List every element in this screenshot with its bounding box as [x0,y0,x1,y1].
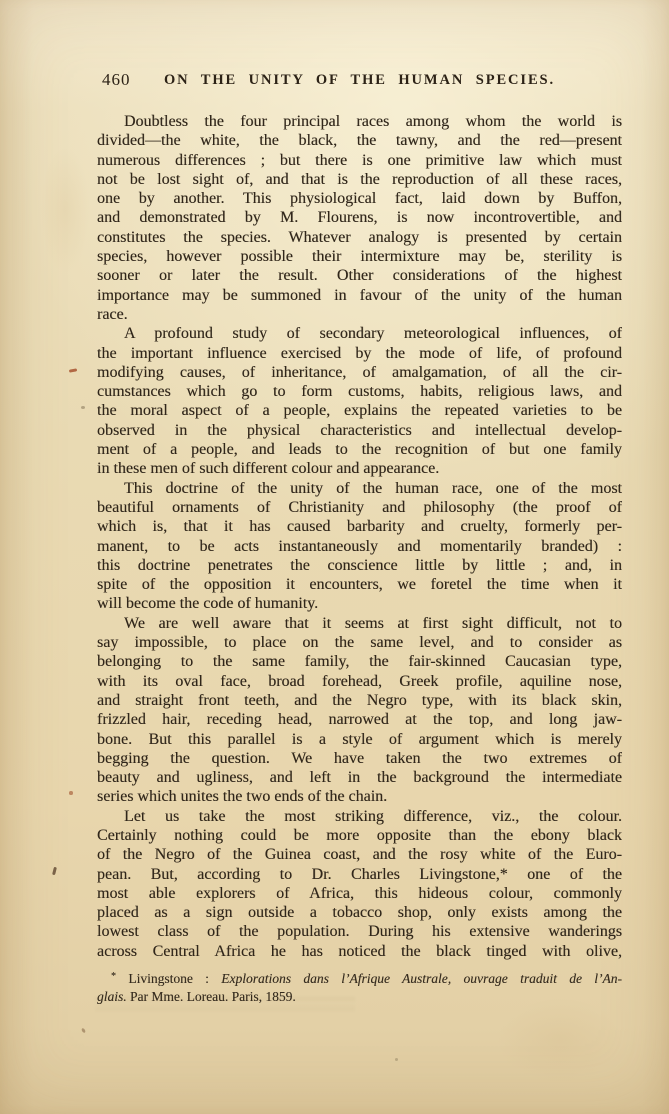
text-line: and demonstrated by M. Flourens, is now … [97,208,622,227]
footnote-text: Livingstone : [116,971,221,986]
paragraph: We are well aware that it seems at first… [97,614,622,807]
text-line: belonging to the same family, the fair-s… [97,652,622,671]
text-line: divided—the white, the black, the tawny,… [97,131,622,150]
footnote: * Livingstone : Explorations dans l’Afri… [97,967,622,1006]
text-line: numerous differences ; but there is one … [97,151,622,170]
text-line: modifying causes, of inheritance, of ama… [97,363,622,382]
text-line: species, however possible their intermix… [97,247,622,266]
margin-mark [69,368,77,372]
text-line: will become the code of humanity. [97,594,622,613]
text-line: importance may be summoned in favour of … [97,286,622,305]
text-line: the important influence exercised by the… [97,344,622,363]
text-line: placed as a sign outside a tobacco shop,… [97,903,622,922]
paper-speck [395,1058,398,1061]
footnote-text: Par Mme. Loreau. Paris, 1859. [127,989,296,1004]
text-line: beautiful ornaments of Christianity and … [97,498,622,517]
text-line: ment of a people, and leads to the recog… [97,440,622,459]
footnote-line: * Livingstone : Explorations dans l’Afri… [97,967,622,987]
page-header: 460 ON THE UNITY OF THE HUMAN SPECIES. [97,70,622,92]
text-line: with its oval face, broad forehead, Gree… [97,672,622,691]
text-line: Certainly nothing could be more opposite… [97,826,622,845]
footnote-italic-text: glais. [97,989,127,1004]
paper-speck [81,406,85,409]
text-line: which is, that it has caused barbarity a… [97,517,622,536]
book-page: 460 ON THE UNITY OF THE HUMAN SPECIES. D… [0,0,669,1114]
margin-mark [52,867,57,875]
text-line: across Central Africa he has noticed the… [97,942,622,961]
text-line: begging the question. We have taken the … [97,749,622,768]
text-line: We are well aware that it seems at first… [97,614,622,633]
text-line: This doctrine of the unity of the human … [97,479,622,498]
text-line: sooner or later the result. Other consid… [97,266,622,285]
text-line: and straight front teeth, and the Negro … [97,691,622,710]
text-line: beauty and ugliness, and left in the bac… [97,768,622,787]
page-body: Doubtless the four principal races among… [97,112,622,961]
paragraph: Let us take the most striking difference… [97,807,622,961]
paragraph: Doubtless the four principal races among… [97,112,622,324]
text-line: in these men of such different colour an… [97,459,622,478]
text-line: lowest class of the population. During h… [97,922,622,941]
paper-stain [30,120,100,300]
text-line: observed in the physical characteristics… [97,421,622,440]
text-line: cumstances which go to form customs, hab… [97,382,622,401]
text-line: A profound study of secondary meteorolog… [97,324,622,343]
text-line: Let us take the most striking difference… [97,807,622,826]
text-line: this doctrine penetrates the conscience … [97,556,622,575]
page-number: 460 [102,70,131,90]
text-line: pean. But, according to Dr. Charles Livi… [97,865,622,884]
text-line: the moral aspect of a people, explains t… [97,401,622,420]
text-line: most able explorers of Africa, this hide… [97,884,622,903]
text-line: of the Negro of the Guinea coast, and th… [97,845,622,864]
paragraph: A profound study of secondary meteorolog… [97,324,622,478]
text-line: manent, to be acts instantaneously and m… [97,537,622,556]
text-line: one by another. This physiological fact,… [97,189,622,208]
footnote-line: glais. Par Mme. Loreau. Paris, 1859. [97,987,622,1007]
text-line: frizzled hair, receding head, narrowed a… [97,710,622,729]
paper-speck [81,1028,86,1034]
text-line: spite of the opposition it encounters, w… [97,575,622,594]
paragraph: This doctrine of the unity of the human … [97,479,622,614]
paper-speck [69,791,73,795]
text-line: Doubtless the four principal races among… [97,112,622,131]
text-line: constitutes the species. Whatever analog… [97,228,622,247]
text-line: bone. But this parallel is a style of ar… [97,730,622,749]
footnote-italic-text: Explorations dans l’Afrique Australe, ou… [221,971,622,986]
text-line: series which unites the two ends of the … [97,787,622,806]
text-line: race. [97,305,622,324]
text-line: not be lost sight of, and that is the re… [97,170,622,189]
running-title: ON THE UNITY OF THE HUMAN SPECIES. [164,72,555,89]
text-line: say impossible, to place on the same lev… [97,633,622,652]
